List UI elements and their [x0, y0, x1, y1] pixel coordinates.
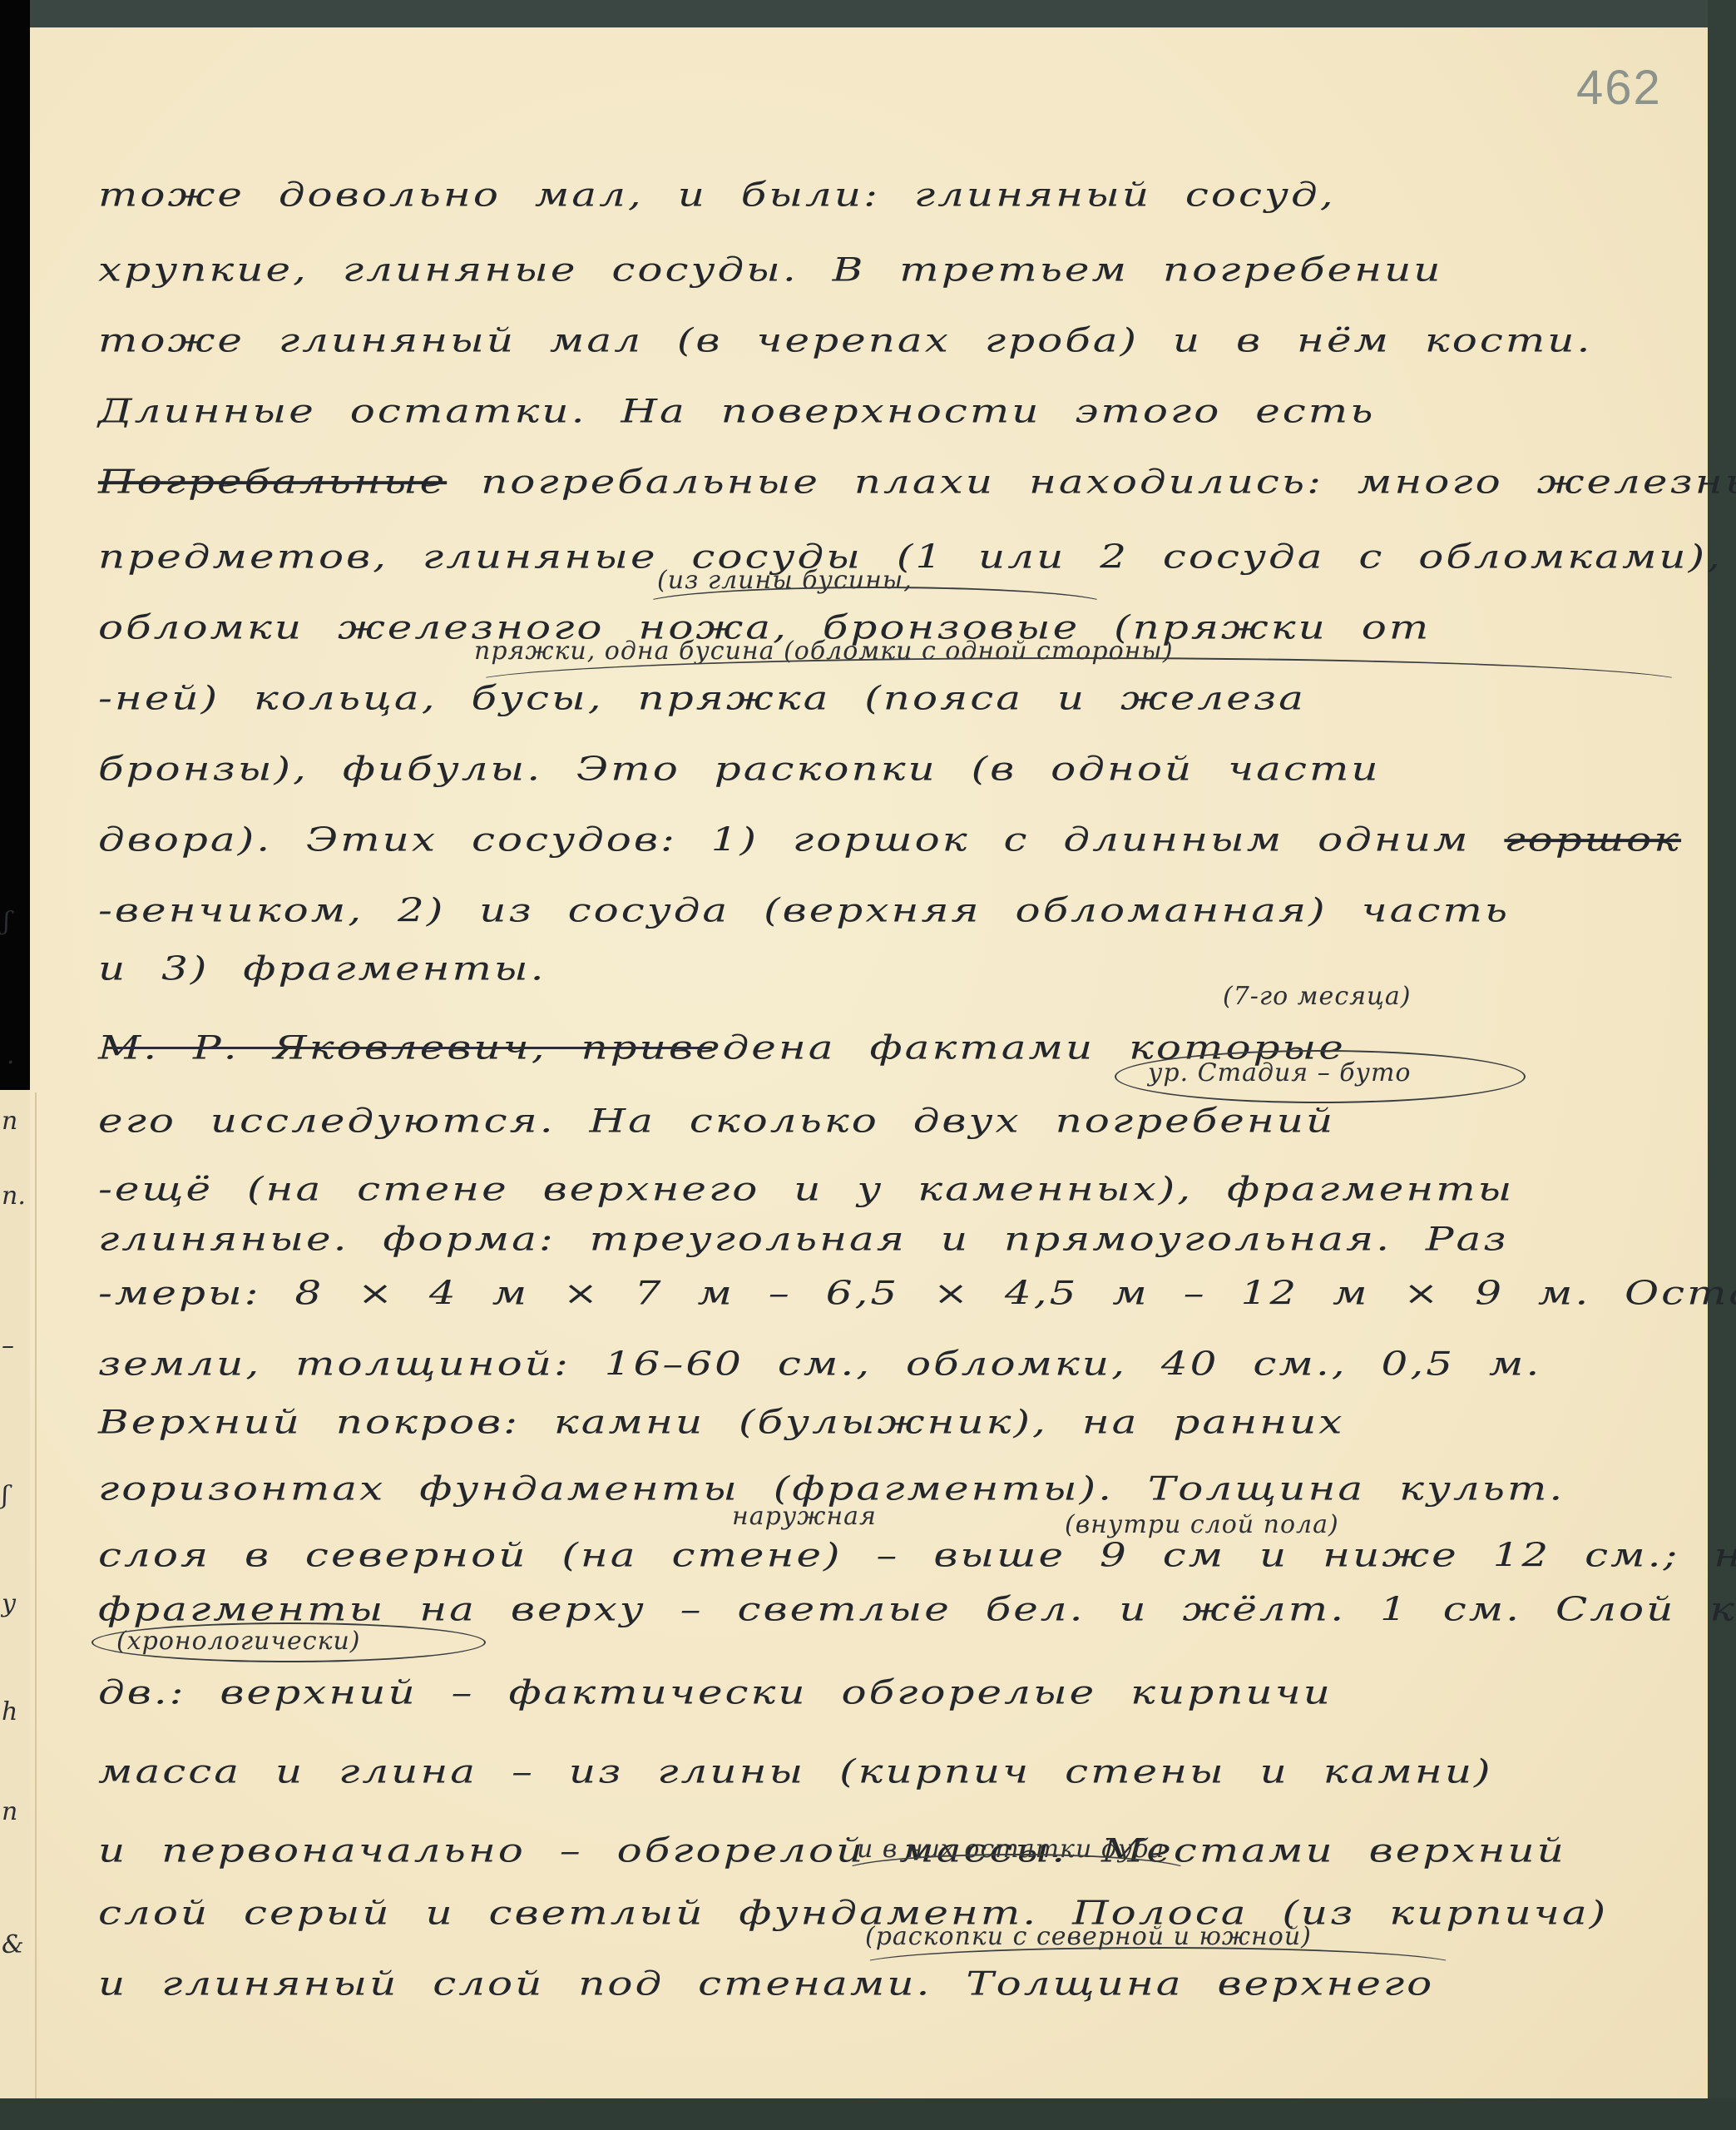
- interlinear-annotation: (7-го месяца): [1223, 982, 1412, 1011]
- manuscript-line: -ещё (на стене верхнего и у каменных), ф…: [98, 1170, 1679, 1207]
- margin-mark: n: [2, 1107, 17, 1136]
- margin-mark: ʃ: [3, 907, 10, 936]
- manuscript-line: Длинные остатки. На поверхности этого ес…: [98, 392, 1679, 429]
- margin-mark: y: [2, 1589, 16, 1618]
- manuscript-line: -ней) кольца, бусы, пряжка (пояса и желе…: [98, 679, 1679, 716]
- interlinear-annotation: наружная: [732, 1502, 877, 1531]
- folio-number: 462: [1576, 60, 1662, 116]
- page-fold-line: [35, 1092, 37, 2099]
- manuscript-line-text: двора). Этих сосудов: 1) горшок с длинны…: [98, 820, 1470, 858]
- manuscript-line: и 3) фрагменты.: [98, 949, 1679, 987]
- manuscript-line: двора). Этих сосудов: 1) горшок с длинны…: [98, 820, 1679, 858]
- manuscript-line: хрупкие, глиняные сосуды. В третьем погр…: [98, 250, 1679, 288]
- manuscript-line: Погребальные погребальные плахи находили…: [98, 463, 1679, 500]
- circled-annotation: (хронологически): [116, 1627, 361, 1656]
- manuscript-line: тоже довольно мал, и были: глиняный сосу…: [98, 176, 1679, 213]
- mount-band-bottom: [0, 2098, 1736, 2130]
- manuscript-line: -венчиком, 2) из сосуда (верхняя обломан…: [98, 891, 1679, 929]
- margin-mark: ·: [7, 1048, 15, 1077]
- manuscript-line: бронзы), фибулы. Это раскопки (в одной ч…: [98, 750, 1679, 787]
- margin-mark: –: [2, 1331, 14, 1360]
- manuscript-line: тоже глиняный мал (в черепах гроба) и в …: [98, 321, 1679, 359]
- struck-word: горшок: [1504, 820, 1681, 858]
- manuscript-line-measurements: -меры: 8 × 4 м × 7 м – 6,5 × 4,5 м – 12 …: [98, 1274, 1679, 1311]
- margin-mark: h: [2, 1697, 17, 1726]
- heading-underline: [106, 1047, 712, 1049]
- insertion-arc: [840, 1854, 1193, 1890]
- manuscript-line: масса и глина – из глины (кирпич стены и…: [98, 1752, 1679, 1790]
- manuscript-line-measurements: земли, толщиной: 16–60 см., обломки, 40 …: [98, 1345, 1679, 1382]
- margin-mark: ʃ: [2, 1481, 8, 1510]
- interlinear-annotation: (внутри слой пола): [1065, 1510, 1339, 1539]
- manuscript-line: и глиняный слой под стенами. Толщина вер…: [98, 1964, 1679, 2002]
- margin-mark: &: [2, 1930, 24, 1959]
- manuscript-line: его исследуются. На сколько двух погребе…: [98, 1102, 1679, 1139]
- manuscript-line: слоя в северной (на стене) – выше 9 см и…: [98, 1536, 1679, 1573]
- circled-annotation: ур. Стадия – буто: [1148, 1058, 1411, 1087]
- mount-band-top: [30, 0, 1736, 27]
- manuscript-line: горизонтах фундаменты (фрагменты). Толщи…: [98, 1469, 1679, 1507]
- margin-mark: n.: [2, 1181, 26, 1211]
- struck-word: Погребальные: [98, 463, 447, 500]
- manuscript-line: Верхний покров: камни (булыжник), на ран…: [98, 1403, 1679, 1440]
- margin-mark: n: [2, 1797, 17, 1826]
- manuscript-line: глиняные. форма: треугольная и прямоугол…: [98, 1220, 1679, 1257]
- manuscript-line: дв.: верхний – фактически обгорелые кирп…: [98, 1673, 1679, 1711]
- mount-band-right: [1708, 0, 1736, 2130]
- manuscript-line-text: погребальные плахи находились: много жел…: [481, 463, 1736, 500]
